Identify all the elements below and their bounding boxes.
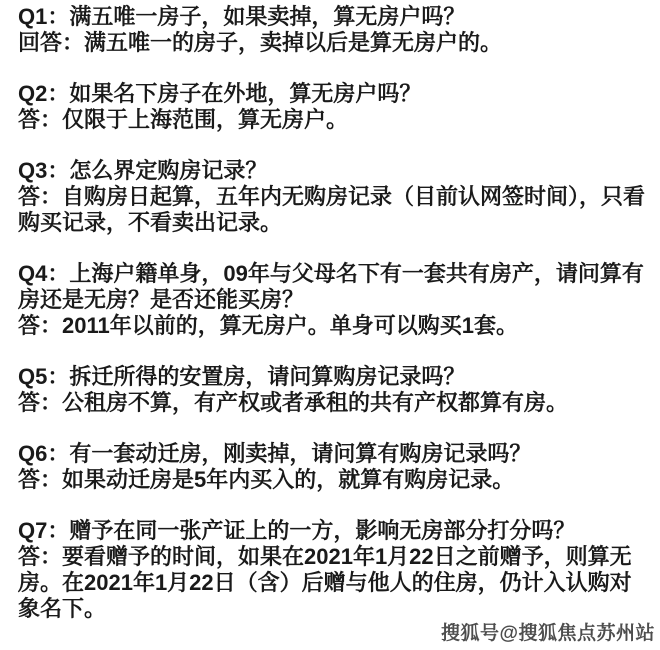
qa-block-q5: Q5：拆迁所得的安置房，请问算购房记录吗？ 答：公租房不算，有产权或者承租的共有…: [18, 364, 648, 416]
qa-block-q7: Q7：赠予在同一张产证上的一方，影响无房部分打分吗？ 答：要看赠予的时间，如果在…: [18, 518, 648, 622]
qa-block-q3: Q3：怎么界定购房记录？ 答：自购房日起算，五年内无购房记录（目前认网签时间），…: [18, 158, 648, 236]
answer-text: 答：自购房日起算，五年内无购房记录（目前认网签时间），只看购买记录，不看卖出记录…: [18, 184, 648, 236]
question-text: Q5：拆迁所得的安置房，请问算购房记录吗？: [18, 364, 648, 390]
question-text: Q4：上海户籍单身，09年与父母名下有一套共有房产，请问算有房还是无房？是否还能…: [18, 261, 648, 313]
answer-text: 答：如果动迁房是5年内买入的，就算有购房记录。: [18, 467, 648, 493]
question-text: Q7：赠予在同一张产证上的一方，影响无房部分打分吗？: [18, 518, 648, 544]
answer-text: 答：要看赠予的时间，如果在2021年1月22日之前赠予，则算无房。在2021年1…: [18, 544, 648, 622]
question-text: Q6：有一套动迁房，刚卖掉，请问算有购房记录吗？: [18, 441, 648, 467]
question-text: Q1：满五唯一房子，如果卖掉，算无房户吗？: [18, 4, 648, 30]
question-text: Q2：如果名下房子在外地，算无房户吗？: [18, 81, 648, 107]
question-text: Q3：怎么界定购房记录？: [18, 158, 648, 184]
answer-text: 答：公租房不算，有产权或者承租的共有产权都算有房。: [18, 390, 648, 416]
sohu-watermark: 搜狐号@搜狐焦点苏州站: [441, 623, 655, 645]
answer-text: 答：2011年以前的，算无房户。单身可以购买1套。: [18, 313, 648, 339]
qa-block-q1: Q1：满五唯一房子，如果卖掉，算无房户吗？ 回答：满五唯一的房子，卖掉以后是算无…: [18, 4, 648, 56]
answer-text: 回答：满五唯一的房子，卖掉以后是算无房户的。: [18, 30, 648, 56]
qa-document: Q1：满五唯一房子，如果卖掉，算无房户吗？ 回答：满五唯一的房子，卖掉以后是算无…: [0, 0, 660, 650]
qa-block-q2: Q2：如果名下房子在外地，算无房户吗？ 答：仅限于上海范围，算无房户。: [18, 81, 648, 133]
answer-text: 答：仅限于上海范围，算无房户。: [18, 107, 648, 133]
qa-block-q4: Q4：上海户籍单身，09年与父母名下有一套共有房产，请问算有房还是无房？是否还能…: [18, 261, 648, 339]
qa-block-q6: Q6：有一套动迁房，刚卖掉，请问算有购房记录吗？ 答：如果动迁房是5年内买入的，…: [18, 441, 648, 493]
